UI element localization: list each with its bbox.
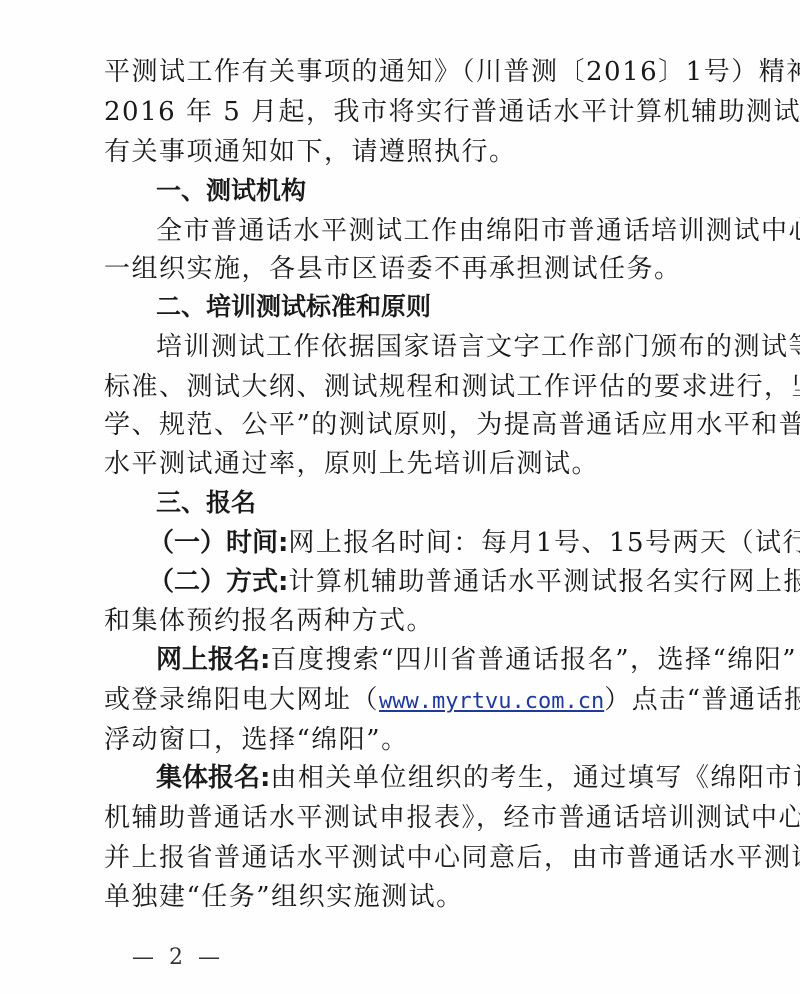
section-3-heading: 三、报名	[156, 487, 708, 519]
website-link[interactable]: www.myrtvu.com.cn	[379, 689, 604, 714]
online-registration-suffix: ）点击“普通话报名”	[604, 685, 800, 715]
section-1-line-1: 全市普通话水平测试工作由绵阳市普通话培训测试中心统	[156, 215, 708, 247]
registration-method-continuation: 和集体预约报名两种方式。	[104, 605, 708, 637]
section-2-line-2: 标准、测试大纲、测试规程和测试工作评估的要求进行，坚持“科	[104, 371, 708, 403]
group-registration-line-2: 机辅助普通话水平测试申报表》，经市普通话培训测试中心审核	[104, 802, 708, 834]
group-registration-text: 由相关单位组织的考生，通过填写《绵阳市计算	[270, 763, 800, 793]
intro-line-1: 平测试工作有关事项的通知》（川普测〔2016〕1号）精神，从	[104, 56, 708, 88]
section-2-heading: 二、培训测试标准和原则	[156, 291, 708, 323]
section-2-line-3: 学、规范、公平”的测试原则，为提高普通话应用水平和普通话	[104, 409, 708, 441]
online-registration-prefix: 或登录绵阳电大网址（	[104, 685, 379, 715]
section-2-line-4: 水平测试通过率，原则上先培训后测试。	[104, 448, 708, 480]
registration-method-text: 计算机辅助普通话水平测试报名实行网上报名	[288, 567, 800, 597]
online-registration-line-2: 或登录绵阳电大网址（www.myrtvu.com.cn）点击“普通话报名”	[104, 684, 708, 716]
online-registration-label: 网上报名:	[156, 645, 270, 675]
group-registration: 集体报名:由相关单位组织的考生，通过填写《绵阳市计算	[156, 762, 708, 794]
group-registration-line-4: 单独建“任务”组织实施测试。	[104, 881, 708, 913]
online-registration-line-3: 浮动窗口，选择“绵阳”。	[104, 724, 708, 756]
registration-time-label: （一）时间:	[148, 528, 288, 558]
section-1-line-2: 一组织实施，各县市区语委不再承担测试任务。	[104, 253, 708, 285]
registration-time-text: 网上报名时间：每月1号、15号两天（试行）。	[288, 528, 800, 558]
registration-method-label: （二）方式:	[148, 567, 288, 597]
online-registration: 网上报名:百度搜索“四川省普通话报名”，选择“绵阳”	[156, 644, 708, 676]
group-registration-label: 集体报名:	[156, 763, 270, 793]
section-1-heading: 一、测试机构	[156, 175, 708, 207]
document-page: 平测试工作有关事项的通知》（川普测〔2016〕1号）精神，从 2016 年 5 …	[0, 0, 800, 994]
section-2-line-1: 培训测试工作依据国家语言文字工作部门颁布的测试等级	[156, 331, 708, 363]
online-registration-text: 百度搜索“四川省普通话报名”，选择“绵阳”	[270, 645, 797, 675]
registration-time: （一）时间:网上报名时间：每月1号、15号两天（试行）。	[148, 527, 708, 559]
page-number: — 2 —	[132, 944, 224, 972]
registration-method: （二）方式:计算机辅助普通话水平测试报名实行网上报名	[148, 566, 708, 598]
intro-line-2: 2016 年 5 月起，我市将实行普通话水平计算机辅助测试，现将	[104, 96, 708, 128]
intro-line-3: 有关事项通知如下，请遵照执行。	[104, 136, 708, 168]
group-registration-line-3: 并上报省普通话水平测试中心同意后，由市普通话水平测试中心	[104, 842, 708, 874]
